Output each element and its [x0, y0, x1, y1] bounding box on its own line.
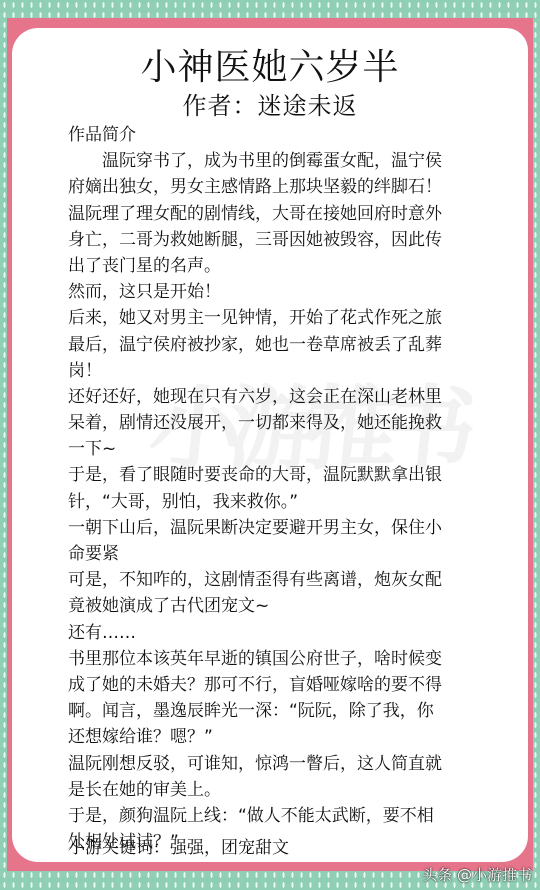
synopsis-line: 还有……: [68, 620, 488, 646]
synopsis-line: 出了丧门星的名声。: [68, 253, 488, 279]
synopsis-line: 啊。闻言，墨逸辰眸光一深：“阮阮，除了我，你: [68, 698, 488, 724]
book-author: 作者：迷途未返: [0, 90, 540, 122]
synopsis-line: 府嫡出独女，男女主感情路上那块坚毅的绊脚石！: [68, 174, 488, 200]
synopsis-line: 温阮刚想反驳，可谁知，惊鸿一瞥后，这人简直就: [68, 751, 488, 777]
synopsis-line: 然而，这只是开始！: [68, 279, 488, 305]
synopsis-line: 后来，她又对男主一见钟情，开始了花式作死之旅: [68, 305, 488, 331]
keywords-line: 小游关键词：强强，团宠甜文: [68, 835, 289, 861]
synopsis-line: 书里那位本该英年早逝的镇国公府世子，啥时候变: [68, 646, 488, 672]
synopsis-line: 还想嫁给谁？嗯？”: [68, 724, 488, 750]
synopsis-line: 于是，看了眼随时要丧命的大哥，温阮默默拿出银: [68, 462, 488, 488]
synopsis-line: 还好还好，她现在只有六岁，这会正在深山老林里: [68, 384, 488, 410]
synopsis-line: 最后，温宁侯府被抄家，她也一卷草席被丢了乱葬: [68, 332, 488, 358]
synopsis-line: 呆着，剧情还没展开，一切都来得及，她还能挽救: [68, 410, 488, 436]
synopsis-line: 身亡，二哥为救她断腿，三哥因她被毁容，因此传: [68, 227, 488, 253]
book-title: 小神医她六岁半: [0, 44, 540, 92]
source-watermark: 头条 @小游推书: [422, 866, 532, 884]
synopsis-line: 岗！: [68, 358, 488, 384]
synopsis-line: 一朝下山后，温阮果断决定要避开男主女，保住小: [68, 515, 488, 541]
synopsis: 作品简介 温阮穿书了，成为书里的倒霉蛋女配，温宁侯 府嫡出独女，男女主感情路上那…: [68, 122, 488, 855]
synopsis-line: 命要紧: [68, 541, 488, 567]
synopsis-line: 竟被她演成了古代团宠文~: [68, 593, 488, 619]
synopsis-line: 温阮理了理女配的剧情线，大哥在接她回府时意外: [68, 201, 488, 227]
synopsis-line: 针，“大哥，别怕，我来救你。”: [68, 489, 488, 515]
synopsis-line: 于是，颜狗温阮上线：“做人不能太武断，要不相: [68, 803, 488, 829]
synopsis-line: 成了她的未婚夫？那可不行，盲婚哑嫁啥的要不得: [68, 672, 488, 698]
synopsis-line: 一下~: [68, 436, 488, 462]
synopsis-line: 是长在她的审美上。: [68, 777, 488, 803]
synopsis-heading: 作品简介: [68, 122, 488, 148]
synopsis-line: 可是，不知咋的，这剧情歪得有些离谱，炮灰女配: [68, 567, 488, 593]
synopsis-line: 温阮穿书了，成为书里的倒霉蛋女配，温宁侯: [68, 148, 488, 174]
